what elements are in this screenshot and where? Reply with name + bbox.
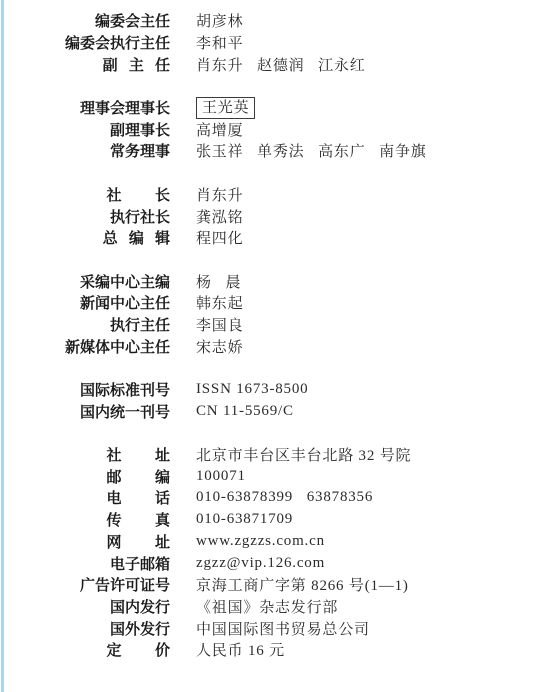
row-value: 韩东起 [196,292,243,313]
row-value: 程四化 [196,227,243,248]
row-value: ISSN 1673-8500 [196,381,308,398]
masthead-row: 国际标准刊号ISSN 1673-8500 [0,379,540,401]
row-label: 总 编 辑 [0,227,170,248]
row-value: 010-63871709 [196,511,293,528]
page-edge-accent-line [1,0,4,692]
masthead-section: 国际标准刊号ISSN 1673-8500国内统一刊号CN 11-5569/C [0,379,540,422]
row-value: 010-63878399 63878356 [196,489,373,506]
masthead-row: 常务理事张玉祥 单秀法 高东广 南争旗 [0,140,540,162]
row-label: 社 址 [0,444,170,465]
masthead-row: 总 编 辑程四化 [0,227,540,249]
row-label: 社 长 [0,184,170,205]
row-label: 国际标准刊号 [0,379,170,400]
row-label: 传 真 [0,509,170,530]
row-label: 网 址 [0,531,170,552]
row-label: 执行主任 [0,314,170,335]
masthead-row: 网 址www.zgzzs.com.cn [0,531,540,553]
row-label: 副理事长 [0,119,170,140]
row-value: 中国国际图书贸易总公司 [196,618,370,639]
row-label: 副 主 任 [0,54,170,75]
row-value: 肖东升 [196,184,243,205]
row-value: zgzz@vip.126.com [196,555,325,572]
masthead-row: 定 价人民币 16 元 [0,639,540,661]
masthead-section: 社 址北京市丰台区丰台北路 32 号院邮 编100071电 话010-63878… [0,444,540,661]
row-label: 新闻中心主任 [0,292,170,313]
row-label: 国外发行 [0,618,170,639]
masthead-row: 编委会执行主任李和平 [0,32,540,54]
row-label: 电子邮箱 [0,553,170,574]
masthead-row: 副 主 任肖东升 赵德润 江永红 [0,53,540,75]
row-label: 理事会理事长 [0,97,170,118]
row-value: 《祖国》杂志发行部 [196,596,338,617]
masthead-section: 理事会理事长王光英副理事长高增厦常务理事张玉祥 单秀法 高东广 南争旗 [0,97,540,162]
masthead-row: 理事会理事长王光英 [0,97,540,119]
masthead-row: 传 真010-63871709 [0,509,540,531]
row-value: www.zgzzs.com.cn [196,533,325,550]
masthead-row: 国内发行《祖国》杂志发行部 [0,596,540,618]
masthead-section: 社 长肖东升执行社长龚泓铭总 编 辑程四化 [0,184,540,249]
row-value: 杨 晨 [196,271,241,292]
row-value: CN 11-5569/C [196,403,294,420]
row-label: 国内发行 [0,596,170,617]
row-value: 李国良 [196,314,243,335]
masthead-row: 采编中心主编杨 晨 [0,270,540,292]
masthead-row: 国内统一刊号CN 11-5569/C [0,400,540,422]
masthead-row: 电子邮箱zgzz@vip.126.com [0,552,540,574]
row-value: 人民币 16 元 [196,639,285,660]
masthead-row: 国外发行中国国际图书贸易总公司 [0,617,540,639]
masthead-row: 广告许可证号京海工商广字第 8266 号(1—1) [0,574,540,596]
row-label: 常务理事 [0,140,170,161]
masthead-row: 编委会主任胡彦林 [0,10,540,32]
row-label: 邮 编 [0,466,170,487]
row-label: 定 价 [0,639,170,660]
masthead-section: 编委会主任胡彦林编委会执行主任李和平副 主 任肖东升 赵德润 江永红 [0,10,540,75]
row-value: 李和平 [196,32,243,53]
row-value: 京海工商广字第 8266 号(1—1) [196,574,409,595]
row-value: 胡彦林 [196,10,243,31]
row-label: 新媒体中心主任 [0,336,170,357]
row-label: 编委会执行主任 [0,32,170,53]
row-value: 宋志娇 [196,336,243,357]
row-label: 采编中心主编 [0,271,170,292]
row-value: 高增厦 [196,119,243,140]
row-value: 100071 [196,468,246,485]
row-value: 北京市丰台区丰台北路 32 号院 [196,444,411,465]
row-value: 龚泓铭 [196,206,243,227]
masthead-section: 采编中心主编杨 晨新闻中心主任韩东起执行主任李国良新媒体中心主任宋志娇 [0,270,540,357]
masthead-row: 邮 编100071 [0,465,540,487]
masthead-row: 新闻中心主任韩东起 [0,292,540,314]
masthead-row: 执行社长龚泓铭 [0,205,540,227]
row-value: 张玉祥 单秀法 高东广 南争旗 [196,140,427,161]
row-label: 国内统一刊号 [0,401,170,422]
masthead-colophon: 编委会主任胡彦林编委会执行主任李和平副 主 任肖东升 赵德润 江永红理事会理事长… [0,0,540,661]
masthead-row: 副理事长高增厦 [0,118,540,140]
row-label: 电 话 [0,487,170,508]
masthead-row: 社 长肖东升 [0,184,540,206]
row-value: 肖东升 赵德润 江永红 [196,54,366,75]
masthead-row: 执行主任李国良 [0,314,540,336]
masthead-row: 电 话010-63878399 63878356 [0,487,540,509]
row-label: 执行社长 [0,206,170,227]
masthead-row: 社 址北京市丰台区丰台北路 32 号院 [0,444,540,466]
boxed-deceased-name: 王光英 [196,97,255,119]
row-label: 编委会主任 [0,10,170,31]
row-label: 广告许可证号 [0,574,170,595]
masthead-row: 新媒体中心主任宋志娇 [0,335,540,357]
